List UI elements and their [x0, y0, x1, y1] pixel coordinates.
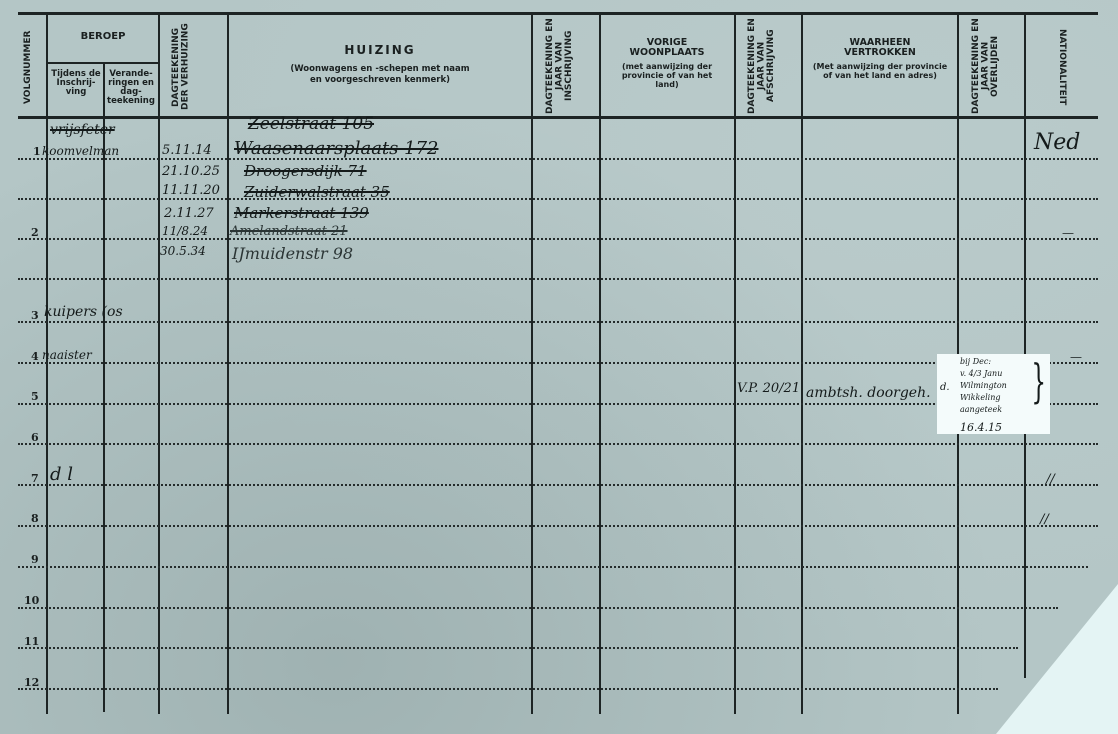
address-3: Droogersdijk 71 [244, 162, 367, 180]
verhuizing-date-4: 2.11.27 [164, 206, 214, 221]
nationaliteit-entry-5: // [1046, 472, 1055, 487]
col-line-afschrijving-left [734, 14, 736, 714]
header-dagteekening-inschrijving: DAGTEEKENING EN JAAR VAN INSCHRIJVING [546, 18, 588, 114]
row-number-10: 10 [24, 594, 39, 607]
col-line-waarheen-left [801, 14, 803, 714]
afschrijving-entry: V.P. 20/21 [737, 381, 800, 396]
row-number-5: 5 [31, 390, 39, 403]
header-waarheen-vertrokken: WAARHEEN VERTROKKEN [820, 38, 940, 58]
address-2: Waasenaarsplaats 172 [234, 138, 438, 159]
col-line-beroep-left [46, 14, 48, 714]
overlijden-note-line-5: aangeteek [960, 404, 1002, 416]
header-dagteekening-overlijden: DAGTEEKENING EN JAAR VAN OVERLIJDEN [972, 18, 1014, 114]
col-line-inschrijving-left [531, 14, 533, 714]
overlijden-note-line-6: 16.4.15 [960, 422, 1002, 434]
nationaliteit-entry-2: — [1062, 226, 1074, 240]
torn-corner [996, 584, 1118, 734]
waarheen-entry: ambtsh. doorgeh. [806, 385, 931, 401]
col-line-huizing-left [227, 14, 229, 714]
row-number-8: 8 [31, 512, 39, 525]
address-5: Markerstraat 139 [234, 204, 369, 222]
verhuizing-date-1: 5.11.14 [162, 143, 212, 158]
header-vorige-woonplaats-subtitle: (met aanwijzing der provincie of van het… [610, 62, 724, 90]
beroep-entry-3: kuipers (os [44, 304, 123, 320]
row-line-6 [18, 443, 1098, 445]
nationaliteit-entry-6: // [1040, 512, 1049, 527]
row-line-1 [18, 158, 1098, 160]
header-beroep: BEROEP [48, 32, 158, 43]
row-line-10 [18, 607, 1058, 609]
header-beroep-tijdens: Tijdens de Inschrij-ving [50, 70, 102, 97]
address-7: IJmuidenstr 98 [232, 244, 353, 263]
row-number-11: 11 [24, 635, 39, 648]
overlijden-note-prefix: d. [940, 382, 950, 394]
header-dagteekening-afschrijving: DAGTEEKENING EN JAAR VAN AFSCHRIJVING [748, 18, 790, 114]
verhuizing-date-5: 11/8.24 [162, 224, 208, 238]
address-6: Amelandstraat 21 [230, 224, 348, 239]
col-line-verhuizing-left [158, 14, 160, 714]
row-line-7 [18, 484, 1098, 486]
row-line-2b [18, 278, 1098, 280]
header-huizing-subtitle: (Woonwagens en -schepen met naam en voor… [285, 64, 475, 85]
verhuizing-date-6: 30.5.34 [160, 244, 206, 258]
row-line-8 [18, 525, 1098, 527]
row-line-4 [18, 362, 1098, 364]
nationaliteit-entry-1: Ned [1034, 130, 1080, 155]
row-number-4: 4 [31, 350, 39, 363]
verhuizing-date-2: 21.10.25 [162, 164, 220, 179]
col-line-vorige-left [599, 14, 601, 714]
header-beroep-veranderingen: Verande-ringen en dag-teekening [105, 70, 157, 106]
row-number-9: 9 [31, 553, 39, 566]
header-huizing: HUIZING [300, 44, 460, 57]
row-number-12: 12 [24, 676, 39, 689]
header-dagteekening-verhuizing: DAGTEEKENING DER VERHUIZING [172, 20, 212, 114]
header-nationaliteit: NATIONALITEIT [1052, 22, 1066, 112]
header-bottom-rule [18, 116, 1098, 119]
row-line-3 [18, 321, 1098, 323]
row-number-1: 1 [33, 145, 41, 158]
row-number-3: 3 [31, 309, 39, 322]
row-line-5 [18, 403, 1098, 405]
beroep-entry-4: naaister [42, 348, 92, 362]
nationaliteit-entry-3: — [1070, 350, 1082, 364]
overlijden-note-line-2: v. 4/3 Janu [960, 368, 1002, 380]
verhuizing-date-3: 11.11.20 [162, 183, 220, 198]
row-line-12 [18, 688, 998, 690]
header-volgnummer: VOLGNUMMER [24, 22, 38, 112]
col-line-nationaliteit-left [1024, 14, 1026, 678]
beroep-entry-2: koomvelman [42, 144, 119, 158]
header-vorige-woonplaats: VORIGE WOONPLAATS [612, 38, 722, 58]
overlijden-note-line-4: Wikkeling [960, 392, 1000, 404]
register-card: VOLGNUMMER BEROEP Tijdens de Inschrij-vi… [0, 0, 1118, 734]
beroep-entry-1: vrijsfeter [50, 122, 115, 138]
row-line-1b [18, 198, 1098, 200]
overlijden-note-line-1: bij Dec: [960, 356, 991, 368]
row-number-6: 6 [31, 431, 39, 444]
row-number-7: 7 [31, 472, 39, 485]
overlijden-note-line-3: Wilmington [960, 380, 1007, 392]
header-top-rule [18, 12, 1098, 15]
row-number-2: 2 [31, 226, 39, 239]
row-line-9 [18, 566, 1088, 568]
beroep-entry-5: d l [50, 464, 73, 485]
address-1: Zeelstraat 105 [248, 114, 374, 134]
row-line-2 [18, 238, 1098, 240]
header-waarheen-subtitle: (Met aanwijzing der provincie of van het… [808, 62, 952, 80]
row-line-11 [18, 647, 1018, 649]
overlijden-brace: } [1031, 354, 1046, 408]
address-4: Zuiderwalstraat 35 [244, 183, 390, 201]
